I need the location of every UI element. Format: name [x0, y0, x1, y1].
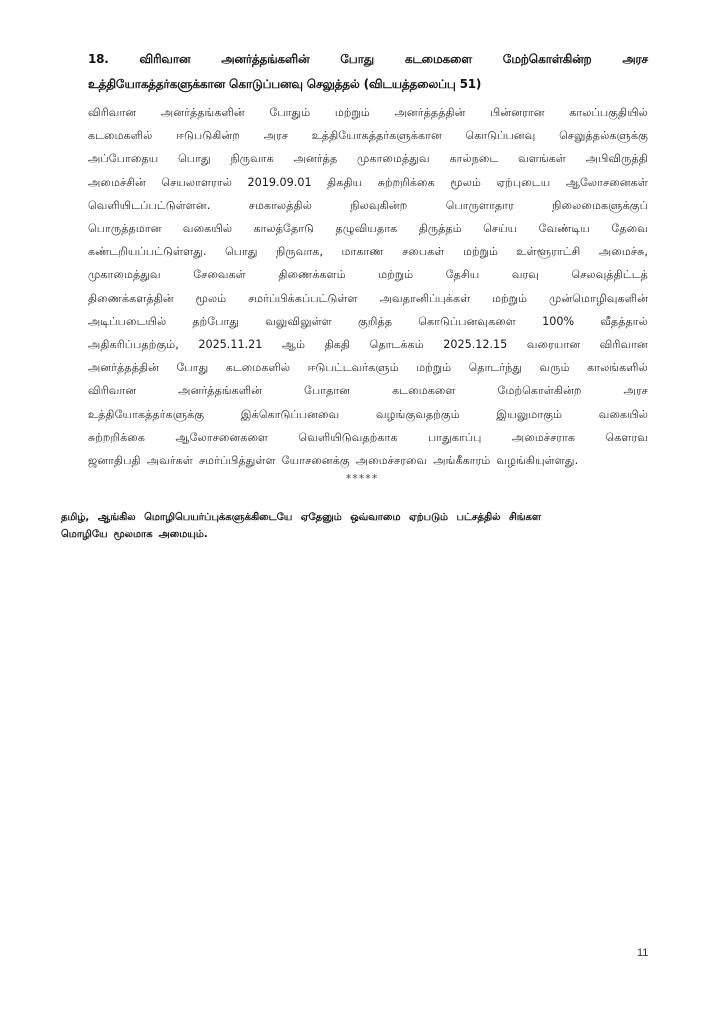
word: சமர்ப்பிக்கப்பட்டுள்ள: [248, 287, 358, 310]
word: அமைச்சின்: [88, 171, 146, 194]
word: கடமைகளில்: [88, 124, 152, 147]
word: வகையில்: [183, 217, 232, 240]
note-line: மொழியேமூலமாகஅமையும்.: [61, 526, 541, 543]
body-line: ஜனாதிபதிஅவர்கள்சமர்ப்பித்துள்ளயோசனைக்குஅ…: [88, 449, 648, 472]
word: ஆங்கில: [98, 509, 136, 526]
body-line: கடமைகளில்ஈடுபடுகின்றஅரசஉத்தியோகத்தர்களுக…: [88, 124, 648, 147]
word: மற்றும்: [416, 356, 451, 379]
word: மேற்கொள்கின்ற: [498, 379, 582, 402]
word: செலுத்தல்களுக்கு: [559, 124, 648, 147]
word: கொடுப்பனவு: [466, 124, 536, 147]
word: கால்நடை: [449, 147, 498, 170]
word: செய்ய: [483, 217, 517, 240]
word: திகதி: [325, 333, 351, 356]
word: அங்கீகாரம்: [433, 449, 490, 472]
word: ஒவ்வாமை: [350, 509, 400, 526]
word: ஏற்புடைய: [497, 171, 551, 194]
body-line: பொருத்தமானவகையில்காலத்தோடுதழுவியதாகதிருத…: [88, 217, 648, 240]
body-line: விரிவானஅனர்த்தங்களின்போதும்மற்றும்அனர்த்…: [88, 101, 648, 124]
word: குறித்த: [358, 310, 392, 333]
word: இக்கொடுப்பனவை: [241, 403, 340, 426]
word: வரவு: [512, 263, 539, 286]
word: அடிப்படையில்: [88, 310, 166, 333]
word: கண்டறியப்பட்டுள்ளது.: [88, 240, 207, 263]
word: நிருவாக: [230, 147, 273, 170]
word: அதிகரிப்பதற்கும்,: [88, 333, 179, 356]
heading-word: விரிவான: [140, 47, 191, 72]
word: பாதுகாப்பு: [428, 426, 482, 449]
word: 100%: [542, 310, 574, 333]
word: மாகாண: [342, 240, 384, 263]
word: உத்தியோகத்தர்களுக்கு: [88, 403, 204, 426]
word: மொழியே: [61, 526, 108, 543]
word: தொடர்ந்து: [469, 356, 522, 379]
word: சமர்ப்பித்துள்ள: [199, 449, 276, 472]
heading-word: மேற்கொள்கின்ற: [503, 47, 592, 72]
body-paragraph: விரிவானஅனர்த்தங்களின்போதும்மற்றும்அனர்த்…: [88, 101, 648, 472]
body-line: முகாமைத்துவசேவைகள்திணைக்களம்மற்றும்தேசிய…: [88, 263, 648, 286]
heading-word: போது: [340, 47, 374, 72]
word: ஏதேனும்: [301, 509, 342, 526]
word: சமகாலத்தில்: [249, 194, 312, 217]
word: மற்றும்: [463, 240, 498, 263]
word: செலவுத்திட்டத்: [572, 263, 648, 286]
word: முன்மொழிவுகளின்: [549, 287, 648, 310]
word: வெளியிடப்பட்டுள்ளன.: [88, 194, 210, 217]
word: தேவை: [611, 217, 648, 240]
word: விரிவான: [88, 379, 136, 402]
heading-number: 18.: [88, 47, 109, 72]
word: காலங்களில்: [587, 356, 648, 379]
heading-word: அரச: [622, 47, 648, 72]
word: பட்சத்தில்: [457, 509, 501, 526]
word: உள்ளூராட்சி: [516, 240, 580, 263]
word: தமிழ்,: [61, 509, 89, 526]
body-line: விரிவானஅனர்த்தங்களின்போதானகடமைகளைமேற்கொள…: [88, 379, 648, 402]
word: விரிவான: [88, 101, 136, 124]
word: பின்னரான: [490, 101, 544, 124]
body-line: அமைச்சின்செயலாளரால்2019.09.01திகதியசுற்ற…: [88, 171, 648, 194]
word: திருத்தம்: [419, 217, 462, 240]
word: சுற்றறிக்கை: [378, 171, 435, 194]
word: அமைச்சரவை: [356, 449, 427, 472]
word: வலுவிலுள்ள: [265, 310, 332, 333]
word: மற்றும்: [378, 263, 413, 286]
word: காலப்பகுதியில்: [569, 101, 648, 124]
word: திணைக்களத்தின்: [88, 287, 174, 310]
heading-word: அனர்த்தங்களின்: [221, 47, 309, 72]
word: பொருத்தமான: [88, 217, 162, 240]
word: மூலமாக: [114, 526, 153, 543]
word: வளங்கள்: [518, 147, 566, 170]
word: அவதானிப்புக்கள்: [380, 287, 471, 310]
body-line: அதிகரிப்பதற்கும்,2025.11.21ஆம்திகதிதொடக்…: [88, 333, 648, 356]
word: பொது: [178, 147, 211, 170]
word: விரிவான: [600, 333, 648, 356]
word: பொருளாதார: [446, 194, 514, 217]
word: வீதத்தால்: [600, 310, 648, 333]
word: வரையான: [527, 333, 580, 356]
word: சுற்றறிக்கை: [88, 426, 145, 449]
heading-word: கடமைகளை: [405, 47, 472, 72]
word: நிலவுகின்ற: [350, 194, 407, 217]
word: வழங்கியுள்ளது.: [496, 449, 578, 472]
body-line: வெளியிடப்பட்டுள்ளன.சமகாலத்தில்நிலவுகின்ற…: [88, 194, 648, 217]
word: அனர்த்தங்களின்: [178, 379, 262, 402]
word: மூலம்: [450, 171, 481, 194]
word: செயலாளரால்: [161, 171, 232, 194]
word: அரச: [624, 379, 648, 402]
word: வேண்டிய: [539, 217, 590, 240]
word: 2019.09.01: [248, 171, 312, 194]
word: மொழிபெயர்ப்புக்களுக்கிடையே: [144, 509, 292, 526]
section-separator: *****: [0, 472, 724, 485]
word: உத்தியோகத்தர்களுக்கான: [312, 124, 442, 147]
word: தழுவியதாக: [335, 217, 397, 240]
section-heading: 18. விரிவானஅனர்த்தங்களின்போதுகடமைகளைமேற்…: [88, 47, 648, 97]
word: சிங்கள: [509, 509, 541, 526]
word: மற்றும்: [335, 101, 370, 124]
body-line: சுற்றறிக்கைஆலோசனைகளைவெளியிடுவதற்காகபாதுக…: [88, 426, 648, 449]
word: கௌரவ: [605, 426, 647, 449]
word: தற்போது: [192, 310, 239, 333]
word: அபிவிருத்தி: [586, 147, 648, 170]
translation-note: தமிழ்,ஆங்கிலமொழிபெயர்ப்புக்களுக்கிடையேஏத…: [61, 509, 541, 543]
word: ஈடுபட்டவர்களும்: [308, 356, 399, 379]
word: ஆம்: [282, 333, 305, 356]
word: போதான: [304, 379, 350, 402]
body-line: அனர்த்தத்தின்போதுகடமைகளில்ஈடுபட்டவர்களும…: [88, 356, 648, 379]
word: வகையில்: [599, 403, 648, 426]
word: ஏற்படும்: [409, 509, 448, 526]
word: சேவைகள்: [193, 263, 246, 286]
word: அவர்கள்: [147, 449, 193, 472]
body-line: கண்டறியப்பட்டுள்ளது.பொதுநிருவாக,மாகாணசபை…: [88, 240, 648, 263]
heading-line-1: 18. விரிவானஅனர்த்தங்களின்போதுகடமைகளைமேற்…: [88, 47, 648, 72]
word: அனர்த்தத்தின்: [88, 356, 159, 379]
word: வரும்: [540, 356, 570, 379]
word: வழங்குவதற்கும்: [376, 403, 460, 426]
body-line: அப்போதையபொதுநிருவாகஅனர்த்தமுகாமைத்துவகால…: [88, 147, 648, 170]
word: 2025.11.21: [198, 333, 262, 356]
note-line: தமிழ்,ஆங்கிலமொழிபெயர்ப்புக்களுக்கிடையேஏத…: [61, 509, 541, 526]
word: கடமைகளை: [392, 379, 456, 402]
word: வெளியிடுவதற்காக: [299, 426, 398, 449]
word: யோசனைக்கு: [282, 449, 350, 472]
word: மூலம்: [196, 287, 227, 310]
word: சபைகள்: [402, 240, 444, 263]
word: ஆலோசனைகளை: [175, 426, 268, 449]
word: நிலைமைகளுக்குப்: [552, 194, 648, 217]
word: முகாமைத்துவ: [357, 147, 430, 170]
document-page: 18. விரிவானஅனர்த்தங்களின்போதுகடமைகளைமேற்…: [0, 0, 724, 1024]
heading-line-2: உத்தியோகத்தர்களுக்கான கொடுப்பனவு செலுத்த…: [88, 72, 648, 97]
word: திகதிய: [327, 171, 362, 194]
word: 2025.12.15: [443, 333, 507, 356]
word: தேசிய: [446, 263, 480, 286]
word: அனர்த்தத்தின்: [395, 101, 466, 124]
word: அப்போதைய: [88, 147, 158, 170]
word: அமைச்சராக: [512, 426, 575, 449]
body-line: திணைக்களத்தின்மூலம்சமர்ப்பிக்கப்பட்டுள்ள…: [88, 287, 648, 310]
word: தொடக்கம்: [370, 333, 424, 356]
word: காலத்தோடு: [253, 217, 314, 240]
word: முகாமைத்துவ: [88, 263, 161, 286]
word: இயலுமாகும்: [496, 403, 562, 426]
word: கொடுப்பனவுகளை: [418, 310, 516, 333]
body-line: அடிப்படையில்தற்போதுவலுவிலுள்ளகுறித்தகொடு…: [88, 310, 648, 333]
word: மற்றும்: [492, 287, 527, 310]
word: ஜனாதிபதி: [88, 449, 141, 472]
word: திணைக்களம்: [278, 263, 345, 286]
page-number: 11: [637, 947, 648, 959]
word: அனர்த்த: [294, 147, 338, 170]
word: கடமைகளில்: [226, 356, 290, 379]
body-line: உத்தியோகத்தர்களுக்குஇக்கொடுப்பனவைவழங்குவ…: [88, 403, 648, 426]
word: ஆலோசனைகள்: [566, 171, 648, 194]
word: நிருவாக,: [276, 240, 323, 263]
word: ஈடுபடுகின்ற: [176, 124, 240, 147]
word: அமைச்சு,: [599, 240, 648, 263]
word: போதும்: [269, 101, 310, 124]
word: அனர்த்தங்களின்: [161, 101, 245, 124]
word: பொது: [225, 240, 258, 263]
word: அரச: [264, 124, 288, 147]
word: போது: [176, 356, 208, 379]
word: அமையும்.: [159, 526, 208, 543]
